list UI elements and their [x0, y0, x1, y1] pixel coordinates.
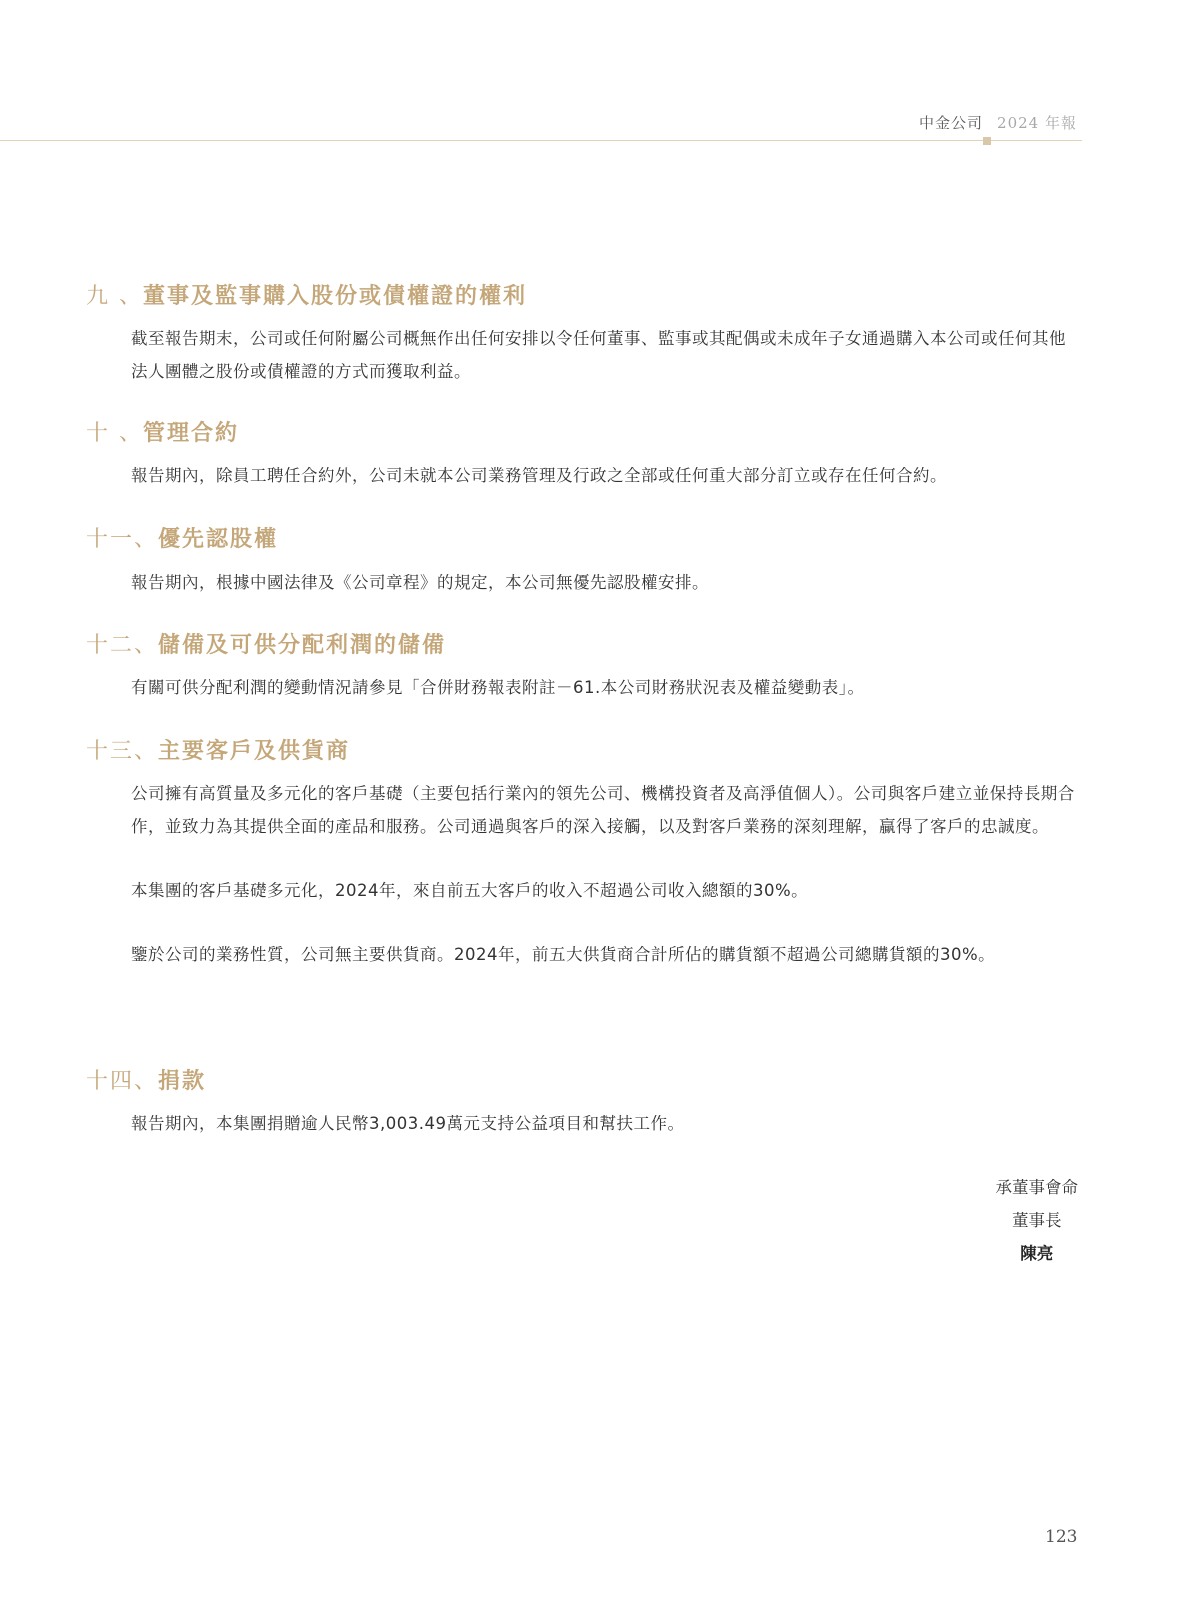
- section-body-12: 有關可供分配利潤的變動情況請參見「合併財務報表附註－61.本公司財務狀況表及權益…: [131, 671, 1079, 704]
- section-body-14: 報告期內，本集團捐贈逾人民幣3,003.49萬元支持公益項目和幫扶工作。: [131, 1107, 1079, 1140]
- section-title: 主要客戶及供貨商: [158, 739, 350, 764]
- signature-block: 承董事會命 董事長 陳亮: [996, 1171, 1079, 1270]
- paragraph: 鑒於公司的業務性質，公司無主要供貨商。2024年，前五大供貨商合計所佔的購貨額不…: [131, 938, 1079, 971]
- signature-line-board: 承董事會命: [996, 1171, 1079, 1204]
- section-number: 十二、: [86, 633, 158, 658]
- section-heading-12: 十二、儲備及可供分配利潤的儲備: [86, 628, 446, 659]
- section-title: 優先認股權: [158, 527, 278, 552]
- section-title: 董事及監事購入股份或債權證的權利: [143, 284, 527, 309]
- section-number: 十四、: [86, 1069, 158, 1094]
- section-number: 九 、: [86, 284, 143, 309]
- section-title: 管理合約: [143, 421, 239, 446]
- paragraph: 報告期內，除員工聘任合約外，公司未就本公司業務管理及行政之全部或任何重大部分訂立…: [131, 459, 1079, 492]
- section-heading-9: 九 、董事及監事購入股份或債權證的權利: [86, 279, 527, 310]
- section-number: 十三、: [86, 739, 158, 764]
- section-title: 捐款: [158, 1069, 206, 1094]
- section-body-13: 公司擁有高質量及多元化的客戶基礎（主要包括行業內的領先公司、機構投資者及高淨值個…: [131, 777, 1079, 971]
- paragraph: 截至報告期末，公司或任何附屬公司概無作出任何安排以令任何董事、監事或其配偶或未成…: [131, 322, 1079, 388]
- paragraph: 報告期內，本集團捐贈逾人民幣3,003.49萬元支持公益項目和幫扶工作。: [131, 1107, 1079, 1140]
- page-header: 中金公司2024 年報: [0, 110, 1082, 142]
- section-heading-11: 十一、優先認股權: [86, 522, 278, 553]
- section-title: 儲備及可供分配利潤的儲備: [158, 633, 446, 658]
- section-heading-10: 十 、管理合約: [86, 416, 239, 447]
- section-body-9: 截至報告期末，公司或任何附屬公司概無作出任何安排以令任何董事、監事或其配偶或未成…: [131, 322, 1079, 388]
- header-company-name: 中金公司: [919, 114, 983, 132]
- paragraph: 本集團的客戶基礎多元化，2024年，來自前五大客戶的收入不超過公司收入總額的30…: [131, 874, 1079, 907]
- section-heading-14: 十四、捐款: [86, 1064, 206, 1095]
- header-marker-square: [983, 137, 991, 145]
- section-body-10: 報告期內，除員工聘任合約外，公司未就本公司業務管理及行政之全部或任何重大部分訂立…: [131, 459, 1079, 492]
- page-number: 123: [1045, 1527, 1077, 1547]
- paragraph: 公司擁有高質量及多元化的客戶基礎（主要包括行業內的領先公司、機構投資者及高淨值個…: [131, 777, 1079, 843]
- paragraph: 報告期內，根據中國法律及《公司章程》的規定，本公司無優先認股權安排。: [131, 566, 1079, 599]
- signature-line-title: 董事長: [996, 1204, 1079, 1237]
- paragraph: 有關可供分配利潤的變動情況請參見「合併財務報表附註－61.本公司財務狀況表及權益…: [131, 671, 1079, 704]
- section-number: 十一、: [86, 527, 158, 552]
- section-body-11: 報告期內，根據中國法律及《公司章程》的規定，本公司無優先認股權安排。: [131, 566, 1079, 599]
- section-heading-13: 十三、主要客戶及供貨商: [86, 734, 350, 765]
- header-text: 中金公司2024 年報: [919, 112, 1077, 133]
- header-divider: [0, 140, 1082, 141]
- header-report-title: 2024 年報: [997, 114, 1077, 132]
- section-number: 十 、: [86, 421, 143, 446]
- signature-name: 陳亮: [996, 1237, 1079, 1270]
